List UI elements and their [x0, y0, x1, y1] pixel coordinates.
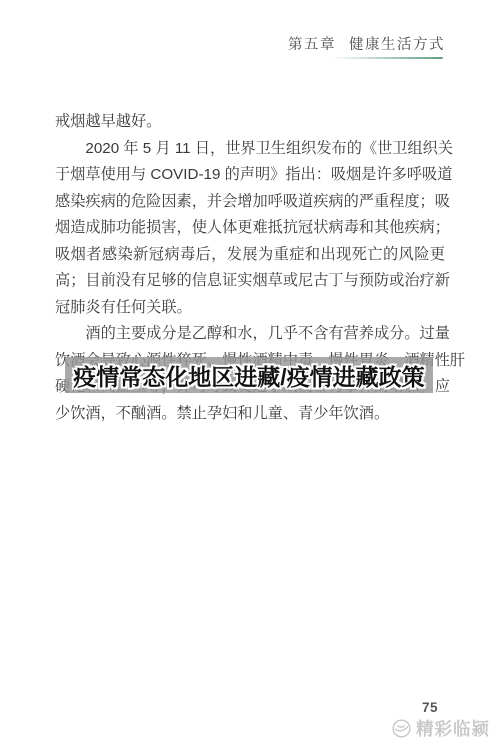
text-line: 高；目前没有足够的信息证实烟草或尼古丁与预防或治疗新	[55, 268, 445, 295]
watermark-text: 精彩临颍	[416, 716, 490, 741]
text-line: 酒的主要成分是乙醇和水，几乎不含有营养成分。过量	[55, 321, 445, 348]
header-underline	[330, 57, 443, 59]
text-line: 戒烟越早越好。	[55, 109, 445, 136]
text-line: 感染疾病的危险因素，并会增加呼吸道疾病的严重程度；吸	[55, 189, 445, 216]
text-line: 于烟草使用与 COVID-19 的声明》指出：吸烟是许多呼吸道	[55, 162, 445, 189]
overlay-caption-band: 疫情常态化地区进藏/疫情进藏政策	[65, 357, 433, 393]
chapter-header: 第五章 健康生活方式	[288, 33, 445, 54]
page-number: 75	[422, 700, 438, 715]
text-line: 少饮酒，不酗酒。禁止孕妇和儿童、青少年饮酒。	[55, 401, 445, 428]
text-line: 2020 年 5 月 11 日，世界卫生组织发布的《世卫组织关	[55, 136, 445, 163]
chapter-name: 健康生活方式	[349, 33, 445, 54]
book-page: 第五章 健康生活方式 戒烟越早越好。 2020 年 5 月 11 日，世界卫生组…	[0, 0, 500, 750]
text-line: 冠肺炎有任何关联。	[55, 295, 445, 322]
watermark-logo-icon	[391, 718, 412, 739]
text-line: 吸烟者感染新冠病毒后，发展为重症和出现死亡的风险更	[55, 242, 445, 269]
watermark: 精彩临颍	[391, 716, 490, 741]
overlay-caption-text: 疫情常态化地区进藏/疫情进藏政策	[73, 359, 424, 392]
chapter-label: 第五章	[288, 33, 336, 54]
text-line: 烟造成肺功能损害，使人体更难抵抗冠状病毒和其他疾病；	[55, 215, 445, 242]
